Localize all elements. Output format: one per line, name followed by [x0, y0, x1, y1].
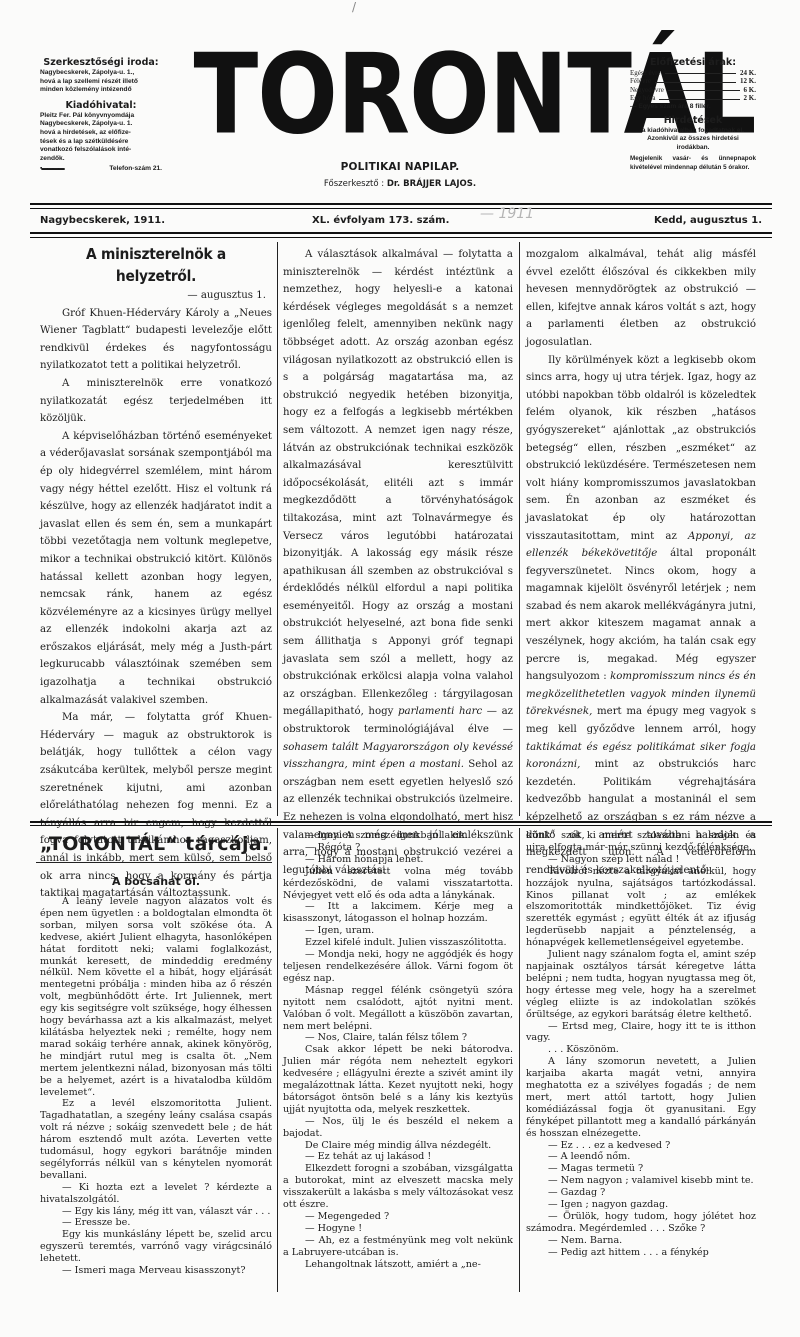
header-rule: [30, 203, 772, 209]
paragraph: — Régóta ?: [283, 842, 513, 854]
paragraph: Ily körülmények közt a legkisebb okom si…: [526, 352, 756, 880]
newspaper-title-logo: TORONTÁL: [193, 31, 604, 161]
ads-text: a kiadóhivatalban fogadtatnak el. Azonki…: [630, 127, 756, 152]
paragraph: Ez a levél elszomoritotta Julient. Tagad…: [40, 1098, 272, 1181]
price-row: Negyedévre6 K.: [630, 86, 756, 94]
subscription-box: Előfizetési árak: Egész évre24 K. Félévr…: [630, 56, 756, 172]
phone-line: ▪▬▬▬▬ Telefon-szám 21.: [40, 165, 162, 174]
paragraph: — Igen. A szomszédunkban lakik.: [283, 830, 513, 842]
office-line: minden közlemény intézendő: [40, 86, 162, 95]
paragraph: Julien szeretett volna még tovább kérdez…: [283, 866, 513, 902]
paragraph: — Pedig azt hittem . . . a fénykép: [526, 1247, 756, 1259]
paragraph: Ezzel kifelé indult. Julien visszaszólit…: [283, 937, 513, 949]
article-column-1: A miniszterelnök a helyzetről. — auguszt…: [40, 243, 272, 903]
price-row: Egész évre24 K.: [630, 69, 756, 77]
publisher-line: zendők.: [40, 155, 162, 164]
paragraph: Távolról nézte a tárgyakat anélkül, hogy…: [526, 866, 756, 949]
paragraph: De Claire még mindig állva nézdegélt.: [283, 1140, 513, 1152]
paragraph: — Ah, ez a festményünk meg volt nekünk a…: [283, 1235, 513, 1259]
paragraph: — Nem. Barna.: [526, 1235, 756, 1247]
paragraph: — Igen, uram.: [283, 925, 513, 937]
prices-title: Előfizetési árak:: [630, 56, 756, 69]
paragraph: — Nos, Claire, talán félsz tőlem ?: [283, 1032, 513, 1044]
price-row: Félévre12 K.: [630, 77, 756, 85]
decorative-rule: ▪▬▬▬▬: [40, 165, 64, 174]
paragraph: Lehangoltnak látszott, amiért a „ne-: [283, 1259, 513, 1271]
paragraph: — Gazdag ?: [526, 1187, 756, 1199]
ads-title: Hirdetések: [630, 114, 756, 127]
paragraph: Julient nagy szánalom fogta el, amint sz…: [526, 949, 756, 1020]
paragraph: . . . Köszönöm.: [526, 1044, 756, 1056]
paragraph: — Örülök, hogy tudom, hogy jólétet hoz s…: [526, 1211, 756, 1235]
paragraph: Elkezdett forogni a szobában, vizsgálgat…: [283, 1163, 513, 1211]
feuilleton-column-1: A bocsánat öl. A leány levele nagyon alá…: [40, 866, 272, 1277]
publisher-line: Nagybecskerek, Zápolya-u. 1.: [40, 120, 162, 129]
paragraph: — Nos, ülj le és beszéld el nekem a bajo…: [283, 1116, 513, 1140]
column-divider: [277, 828, 278, 1292]
article-column-3: mozgalom alkalmával, tehát alig másfél é…: [526, 246, 756, 879]
feuilleton-rule: [30, 821, 772, 826]
office-title: Szerkesztőségi iroda:: [40, 56, 162, 69]
place-year: Nagybecskerek, 1911.: [40, 215, 165, 226]
pen-mark: /: [352, 0, 372, 14]
publication-note: Megjelenik vasár- és ünnepnapok kivételé…: [630, 155, 756, 172]
article-column-2: A választások alkalmával — folytatta a m…: [283, 246, 513, 879]
issue-number: XL. évfolyam 173. szám.: [312, 215, 449, 226]
paragraph: Gróf Khuen-Héderváry Károly a „Neues Wie…: [40, 305, 272, 375]
paragraph: künk“ szót ki merte szalasztani a száján…: [526, 830, 756, 854]
paragraph: — Nagyon szép lett nálad !: [526, 854, 756, 866]
paragraph: A választások alkalmával — folytatta a m…: [283, 246, 513, 879]
paragraph: — Egy kis lány, még itt van, választ vár…: [40, 1206, 272, 1218]
dateline: Nagybecskerek, 1911. XL. évfolyam 173. s…: [40, 212, 762, 232]
paragraph: — Hogyne !: [283, 1223, 513, 1235]
paragraph: — Ez . . . ez a kedvesed ?: [526, 1140, 756, 1152]
phone-label: Telefon-szám: [109, 165, 151, 172]
paragraph: A miniszterelnök erre vonatkozó nyilatko…: [40, 375, 272, 428]
paragraph: Csak akkor lépett be neki bátorodva. Jul…: [283, 1044, 513, 1115]
day-date: Kedd, augusztus 1.: [654, 215, 762, 226]
handwritten-annotation: — 1911: [480, 206, 534, 222]
column-divider: [519, 828, 520, 1292]
publisher-line: Pleitz Fer. Pál könyvnyomdája: [40, 112, 162, 121]
feuilleton-header-rule: [36, 862, 272, 863]
publisher-title: Kiadóhivatal:: [40, 99, 162, 112]
paragraph: — Ki hozta ezt a levelet ? kérdezte a hi…: [40, 1182, 272, 1206]
paragraph: — Magas termetü ?: [526, 1163, 756, 1175]
single-copy-price: — Egyes szám ára 8 fillér.: [630, 103, 756, 111]
paragraph: — Három hónapja lehet.: [283, 854, 513, 866]
paragraph: — Ez tehát az uj lakásod !: [283, 1151, 513, 1163]
editor-in-chief: Főszerkesztő : Dr. BRÁJJER LAJOS.: [278, 179, 522, 189]
newspaper-subtitle: POLITIKAI NAPILAP.: [278, 161, 522, 173]
publisher-line: vonatkozó felszólalások inté-: [40, 146, 162, 155]
paragraph: Másnap reggel félénk csöngetyü szóra nyi…: [283, 985, 513, 1033]
article-date: — augusztus 1.: [40, 287, 272, 305]
editorial-office-box: Szerkesztőségi iroda: Nagybecskerek, Záp…: [40, 56, 162, 174]
paragraph: A leány levele nagyon alázatos volt és é…: [40, 896, 272, 1098]
editor-label: Főszerkesztő :: [324, 179, 384, 189]
paragraph: — Nem nagyon ; valamivel kisebb mint te.: [526, 1175, 756, 1187]
office-line: Nagybecskerek, Zápolya-u. 1.,: [40, 69, 162, 78]
editor-name: Dr. BRÁJJER LAJOS.: [387, 179, 476, 189]
office-line: hová a lap szellemi részét illető: [40, 78, 162, 87]
paragraph: — Itt a lakcimem. Kérje meg a kisasszony…: [283, 901, 513, 925]
paragraph: mozgalom alkalmával, tehát alig másfél é…: [526, 246, 756, 352]
dateline-rule: [30, 232, 772, 238]
article-title: A miniszterelnök a helyzetről.: [49, 243, 262, 287]
phone-number: 21.: [153, 165, 162, 172]
paragraph: — Megengeded ?: [283, 1211, 513, 1223]
price-row: Egy hóra2 K.: [630, 94, 756, 102]
paragraph: — Igen ; nagyon gazdag.: [526, 1199, 756, 1211]
story-title: A bocsánat öl.: [40, 872, 272, 892]
publisher-line: hová a hirdetések, az előfize-: [40, 129, 162, 138]
paragraph: A képviselőházban történő eseményeket a …: [40, 428, 272, 710]
paragraph: A lány szomorun nevetett, a Julien karja…: [526, 1056, 756, 1139]
feuilleton-column-3: künk“ szót ki merte szalasztani a száján…: [526, 830, 756, 1259]
publisher-line: tések és a lap szétküldésére: [40, 138, 162, 147]
paragraph: — Ismeri maga Merveau kisasszonyt?: [40, 1265, 272, 1277]
masthead: / Szerkesztőségi iroda: Nagybecskerek, Z…: [0, 0, 800, 210]
feuilleton-header: „TORONTÁL“ tárcája.: [40, 830, 270, 858]
column-divider: [519, 242, 520, 816]
paragraph: — Mondja neki, hogy ne aggódjék és hogy …: [283, 949, 513, 985]
paragraph: — Ertsd meg, Claire, hogy itt te is itth…: [526, 1021, 756, 1045]
paragraph: — A leendő nőm.: [526, 1151, 756, 1163]
feuilleton-column-2: — Igen. A szomszédunkban lakik. — Régóta…: [283, 830, 513, 1271]
paragraph: Egy kis munkáslány lépett be, szelid arc…: [40, 1229, 272, 1265]
column-divider: [277, 242, 278, 816]
paragraph: — Eressze be.: [40, 1217, 272, 1229]
